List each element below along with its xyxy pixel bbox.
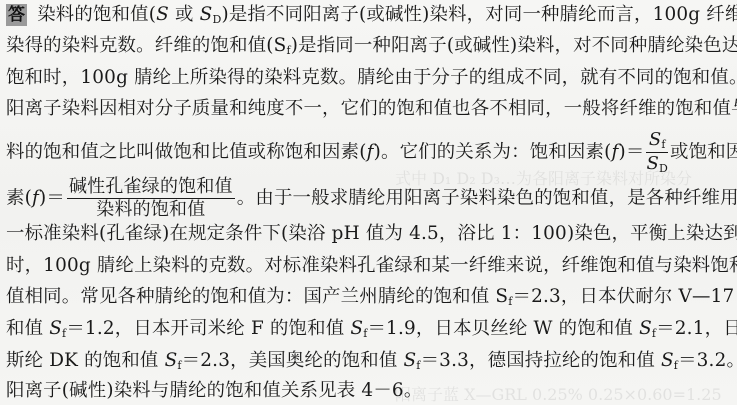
text-line-1: 答染料的饱和值(S 或 SD)是指不同阳离子(或碱性)染料，对同一种腈纶而言，1… bbox=[6, 3, 731, 32]
text-line-7: 一标准染料(孔雀绿)在规定条件下(染浴 pH 值为 4.5，浴比 1：100)染… bbox=[6, 222, 731, 246]
text-line-6: 素(f)＝碱性孔雀绿的饱和值染料的饱和值。由于一般求腈纶用阳离子染料染色的饱和值… bbox=[6, 178, 731, 219]
malachite-green-ratio-fraction: 碱性孔雀绿的饱和值染料的饱和值 bbox=[67, 178, 235, 219]
text-line-8: 时，100g 腈纶上染料的克数。对标准染料孔雀绿和某一纤维来说，纤维饱和值与染料… bbox=[6, 254, 731, 278]
answer-badge: 答 bbox=[6, 4, 27, 26]
text-line-2: 染得的染料克数。纤维的饱和值(Sf)是指同一种阳离子(或碱性)染料，对不同种腈纶… bbox=[6, 34, 731, 63]
text-line-5: 料的饱和值之比叫做饱和比值或称饱和因素(f)。它们的关系为：饱和因素(f)＝Sf… bbox=[6, 131, 731, 174]
text-line-3: 饱和时，100g 腈纶上所染得的染料克数。腈纶由于分子的组成不同，就有不同的饱和… bbox=[6, 66, 731, 90]
text-line-4: 阳离子染料因相对分子质量和纯度不一，它们的饱和值也各不相同，一般将纤维的饱和值与… bbox=[6, 97, 731, 121]
text-line-11: 斯纶 DK 的饱和值 Sf＝2.3，美国奥纶的饱和值 Sf＝3.3，德国持拉纶的… bbox=[6, 349, 731, 378]
saturation-factor-fraction: SfSD bbox=[646, 131, 668, 174]
text-line-9: 值相同。常见各种腈纶的饱和值为：国产兰州腈纶的饱和值 Sf＝2.3，日本伏耐尔 … bbox=[6, 285, 731, 314]
scanned-page: 式中 D₁ D₂ D₃…为各阳离子染料对所染分 阳离子蓝 X—GRL 0.25%… bbox=[0, 0, 737, 405]
text-line-12: 阳离子(碱性)染料与腈纶的饱和值关系见表 4－6。 bbox=[6, 379, 731, 403]
text-line-10: 和值 Sf＝1.2，日本开司米纶 F 的饱和值 Sf＝1.9，日本贝丝纶 W 的… bbox=[6, 317, 731, 346]
